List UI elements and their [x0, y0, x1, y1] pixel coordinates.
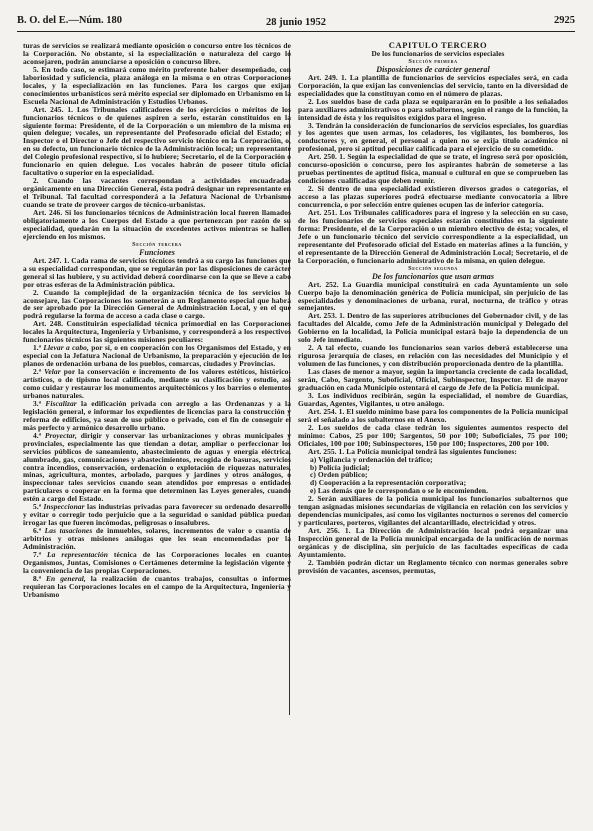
article-250: Art. 250. 1. Según la especialidad de qu…	[298, 153, 568, 185]
article-253: Art. 253. 1. Dentro de las superiores at…	[298, 312, 568, 344]
mission-item: 2.ª Velar por la conservación e incremen…	[23, 368, 291, 400]
paragraph: 3. Tendrán la consideración de funcionar…	[298, 122, 568, 154]
paragraph: 2. También podrán dictar un Reglamento t…	[298, 559, 568, 575]
mission-item: 6.ª Las tasaciones de inmuebles, solares…	[23, 527, 291, 551]
mission-item: 3.ª Fiscalizar la edificación privada co…	[23, 400, 291, 432]
paragraph: 2. Cuando la complejidad de la organizac…	[23, 289, 291, 321]
article-254: Art. 254. 1. El sueldo mínimo base para …	[298, 408, 568, 424]
article-248: Art. 248. Constituirán especialidad técn…	[23, 320, 291, 344]
left-column: turas de servicios se realizará mediante…	[23, 42, 291, 599]
mission-item: 7.ª La representación técnica de las Cor…	[23, 551, 291, 575]
article-256: Art. 256. 1. La Dirección de Administrac…	[298, 527, 568, 559]
mission-item: 5.ª Inspeccionar las industrias privadas…	[23, 503, 291, 527]
paragraph: 5. En todo caso, se estimará como mérito…	[23, 66, 291, 106]
header-rule	[17, 31, 575, 32]
page-header: B. O. del E.—Núm. 180 28 junio 1952 2925	[17, 15, 575, 29]
item-text: dirigir y conservar las urbanizaciones y…	[23, 431, 291, 504]
article-245: Art. 245. 1. Los Tribunales calificadore…	[23, 106, 291, 178]
item-text: por la conservación e incremento de los …	[23, 367, 291, 400]
article-249: Art. 249. 1. La plantilla de funcionario…	[298, 74, 568, 98]
paragraph: 2. Serán auxiliares de la policía munici…	[298, 495, 568, 527]
article-246: Art. 246. Si los funcionarios técnicos d…	[23, 209, 291, 241]
article-252: Art. 252. La Guardia municipal constitui…	[298, 281, 568, 313]
page-number: 2925	[554, 15, 575, 26]
chapter-subtitle: De los funcionarios de servicios especia…	[298, 50, 568, 58]
mission-item: 8.ª En general, la realización de cuanto…	[23, 575, 291, 599]
mission-list: 1.ª Llevar a cabo, por sí, o en cooperac…	[23, 344, 291, 599]
paragraph: Las clases de menor a mayor, según la im…	[298, 368, 568, 392]
article-251: Art. 251. Los Tribunales calificadores p…	[298, 209, 568, 265]
paragraph: 2. Los sueldos base de cada plaza se equ…	[298, 98, 568, 122]
paragraph: 2. A tal efecto, cuando los funcionarios…	[298, 344, 568, 368]
right-column: CAPITULO TERCERO De los funcionarios de …	[298, 42, 568, 575]
mission-item: 4.ª Proyectar, dirigir y conservar las u…	[23, 432, 291, 504]
paragraph: 2. Cuando las vacantes correspondan a ac…	[23, 177, 291, 209]
mission-item: 1.ª Llevar a cabo, por sí, o en cooperac…	[23, 344, 291, 368]
publication-date: 28 junio 1952	[17, 17, 575, 28]
paragraph: 2. Los sueldos de cada clase tedrán los …	[298, 424, 568, 448]
paragraph: 2. Si dentro de una especialidad existie…	[298, 185, 568, 209]
article-247: Art. 247. 1. Cada rama de servicios técn…	[23, 257, 291, 289]
functions-list: a) Vigilancia y ordenación del tráfico;b…	[298, 456, 568, 496]
paragraph: 3. Los individuos recibirán, según la es…	[298, 392, 568, 408]
paragraph: turas de servicios se realizará mediante…	[23, 42, 291, 66]
